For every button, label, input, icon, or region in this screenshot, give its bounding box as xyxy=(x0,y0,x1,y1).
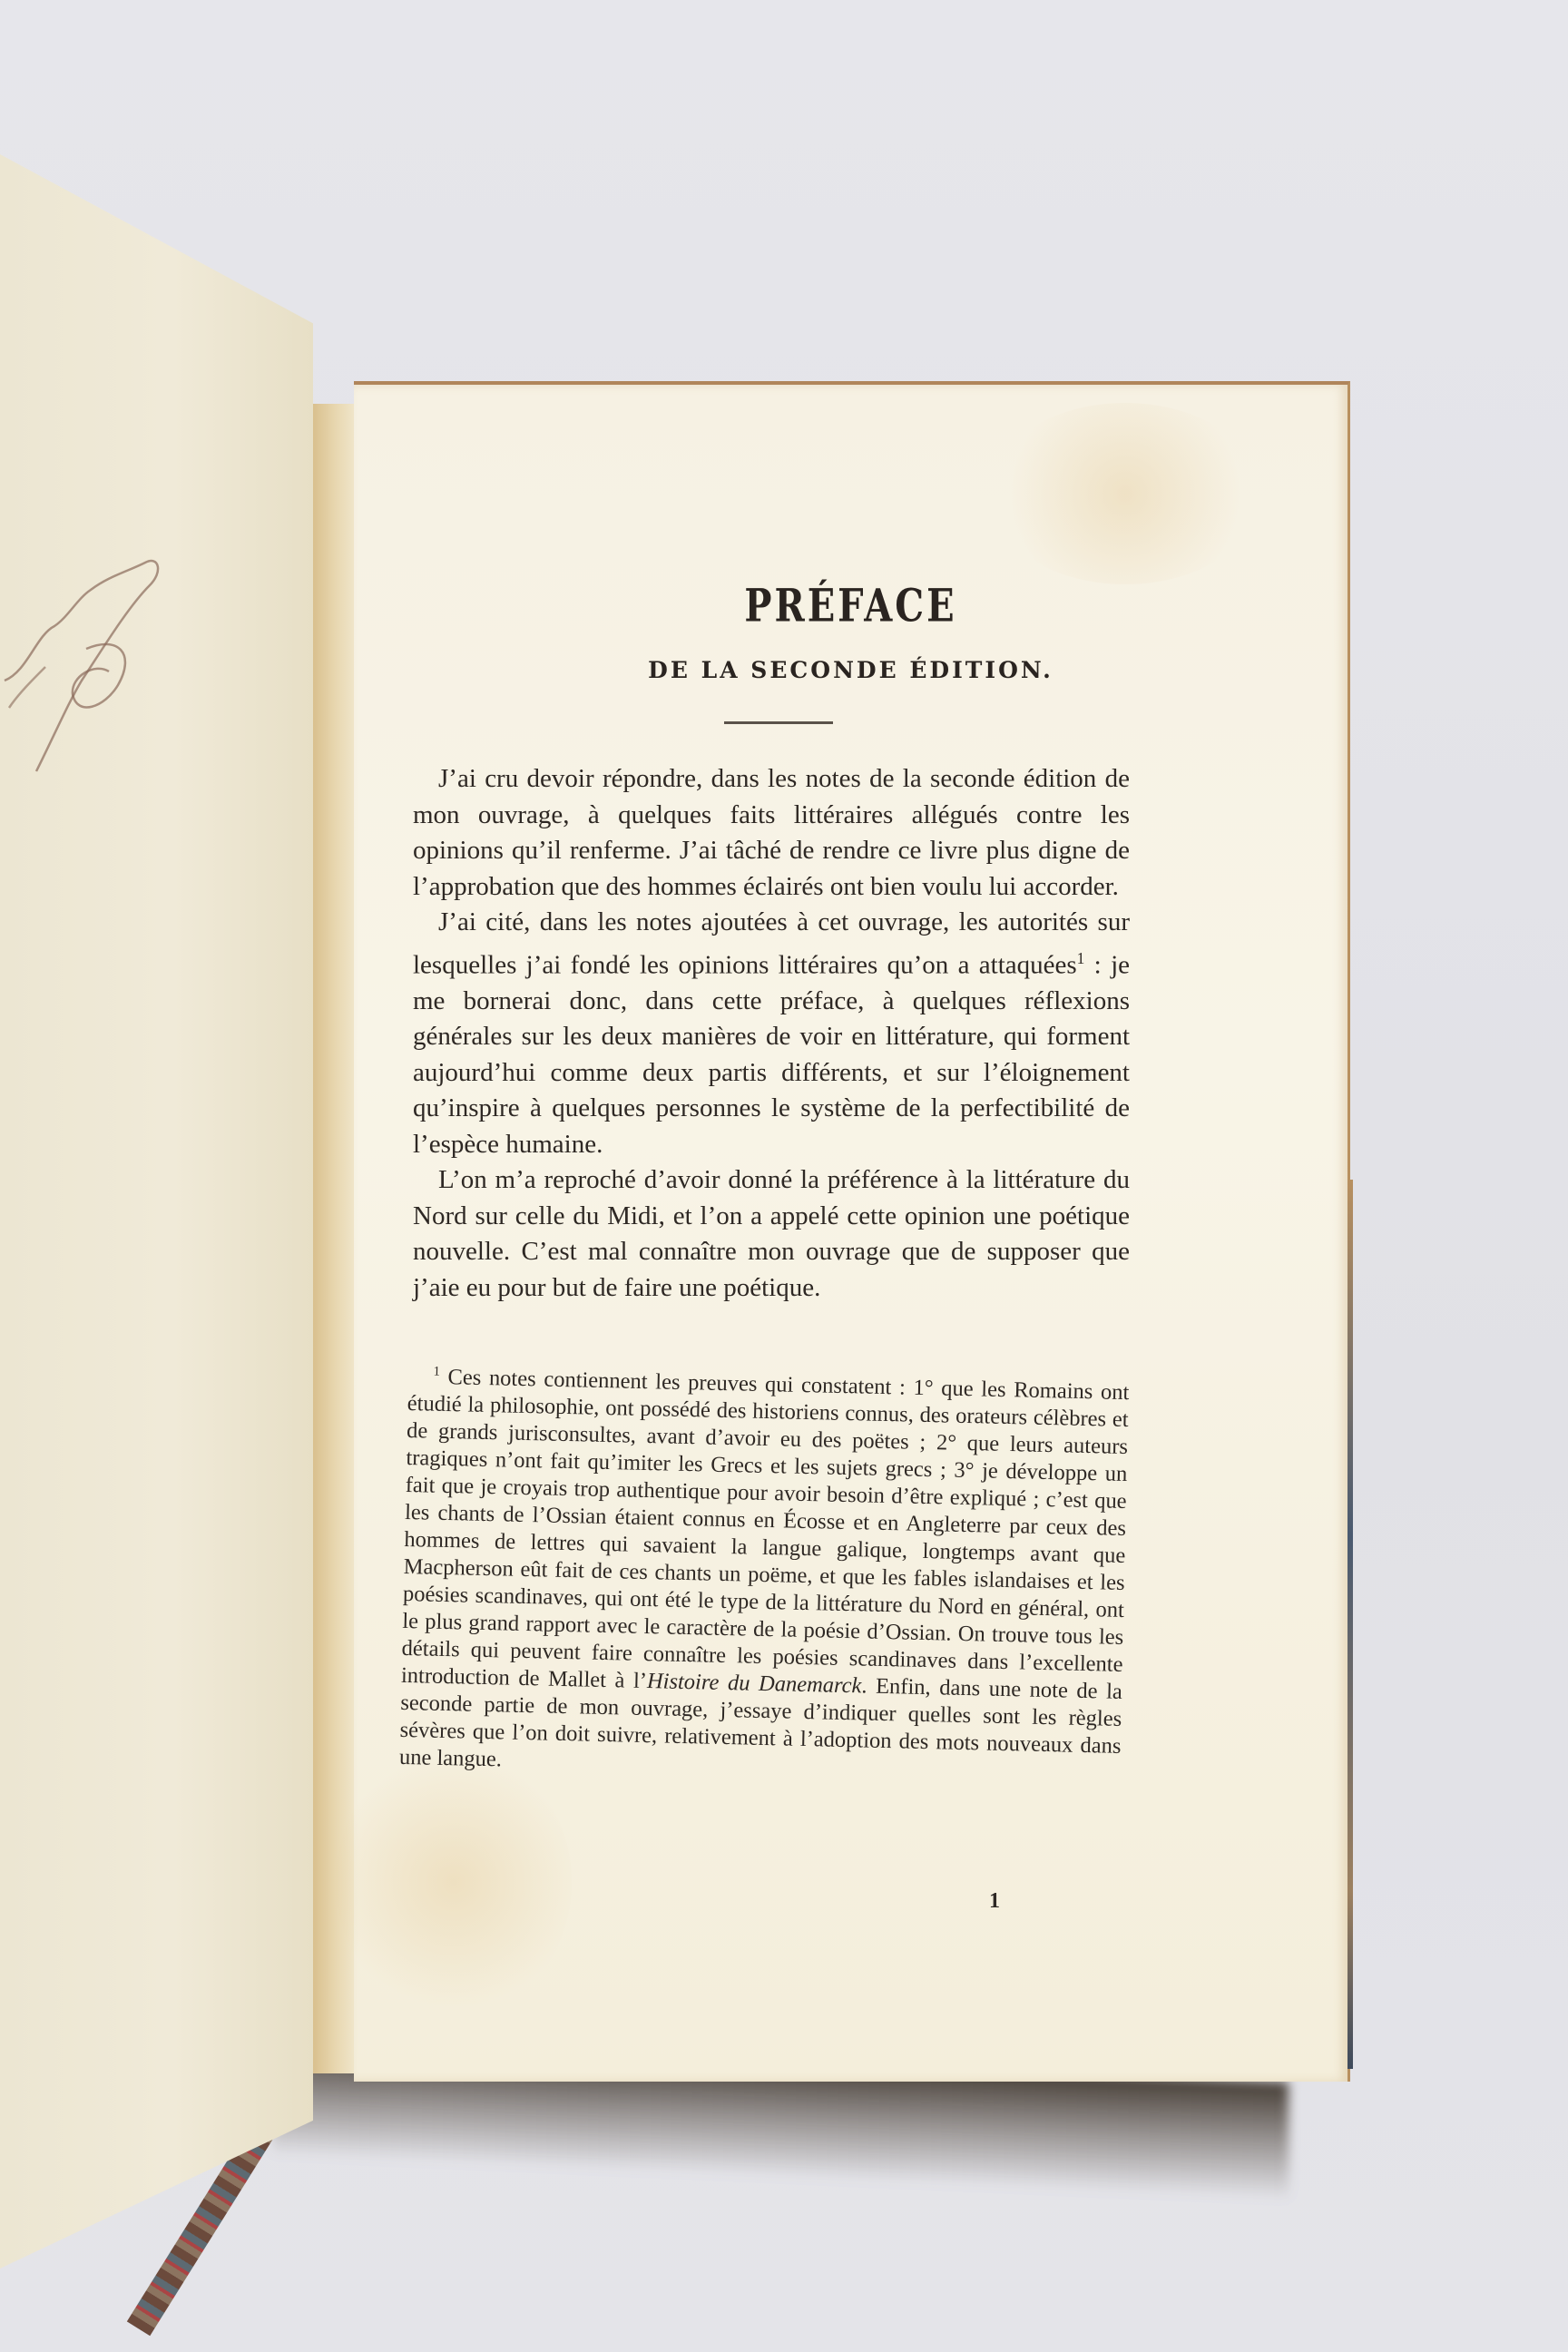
page-block-edge xyxy=(1347,1180,1353,2069)
book-title-italic: Histoire du Danemarck xyxy=(647,1669,862,1698)
preface-body: J’ai cru devoir répondre, dans les notes… xyxy=(413,761,1130,1306)
foxing-stain xyxy=(989,403,1261,584)
paragraph-2: J’ai cité, dans les notes ajoutées à cet… xyxy=(413,905,1130,1162)
page-number: 1 xyxy=(989,1889,1000,1914)
paragraph-1: J’ai cru devoir répondre, dans les notes… xyxy=(413,761,1130,905)
handwritten-signature-icon xyxy=(0,499,181,789)
foxing-stain xyxy=(336,1746,572,2018)
ornament-rule xyxy=(724,721,833,724)
right-page: PRÉFACE DE LA SECONDE ÉDITION. J’ai cru … xyxy=(354,381,1350,2082)
footnote: 1 Ces notes contiennent les preuves qui … xyxy=(399,1357,1130,1788)
page-subtitle: DE LA SECONDE ÉDITION. xyxy=(354,657,1347,683)
left-page xyxy=(0,154,313,2269)
page-title: PRÉFACE xyxy=(354,579,1347,632)
paragraph-3: L’on m’a reproché d’avoir donné la préfé… xyxy=(413,1162,1130,1306)
